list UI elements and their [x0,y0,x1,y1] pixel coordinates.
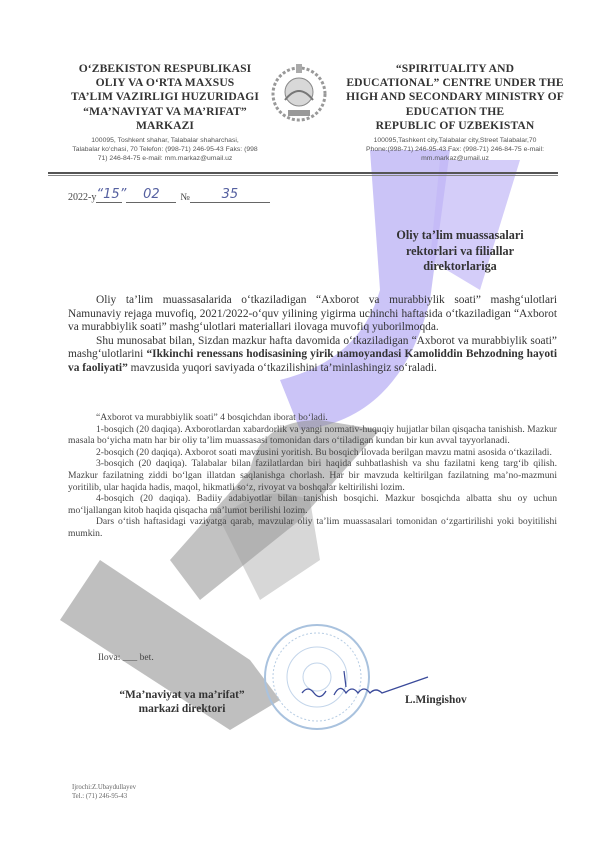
address-uz-line-1: 100095, Toshkent shahar, Talabalar shaha… [40,136,290,145]
recipient-line-1: Oliy ta’lim muassasalari [360,228,560,244]
org-name-uz-line-3: TA’LIM VAZIRLIGI HUZURIDAGI [40,90,290,104]
signer-name: L.Mingishov [405,694,467,706]
signatory-title-line-1: “Ma’naviyat va ma’rifat” [92,688,272,702]
signatory-title-line-2: markazi direktori [92,702,272,716]
address-en: 100095,Tashkent city,Talabalar city,Stre… [330,136,580,163]
org-name-en-line-3: HIGH AND SECONDARY MINISTRY OF [330,90,580,104]
org-name-uz-line-2: OLIY VA O‘RTA MAXSUS [40,76,290,90]
address-uz-line-2: Talabalar ko‘chasi, 70 Telefon: (998-71)… [40,145,290,154]
address-en-line-2: Phone:(998-71) 246-95-43 Fax: (998-71) 2… [330,145,580,154]
date-and-number-line: 2022-y “15” 02 № 35 [68,187,270,203]
org-name-en-line-5: REPUBLIC OF UZBEKISTAN [330,119,580,133]
paragraph-2-tail: mavzusida yuqori saviyada o‘tkazilishini… [128,362,437,374]
executor-phone: Tel.: (71) 246-95-43 [72,792,136,801]
year-prefix: 2022-y [68,192,96,203]
attachment-label: Ilova: [98,652,120,663]
document-number: 35 [190,187,270,203]
header-divider-thick [48,172,558,174]
org-name-en-line-1: “SPIRITUALITY AND [330,62,580,76]
state-emblem-icon [270,60,328,124]
address-en-line-1: 100095,Tashkent city,Talabalar city,Stre… [330,136,580,145]
executor-name: Ijrochi:Z.Ubaydullayev [72,783,136,792]
letterhead-uzbek: O‘ZBEKISTON RESPUBLIKASI OLIY VA O‘RTA M… [40,62,290,163]
stage-4: 4-bosqich (20 daqiqa). Badiiy adabiyotla… [68,493,557,516]
address-uz-line-3: 71) 246-84-75 e-mail: mm.markaz@umail.uz [40,154,290,163]
org-name-en-line-2: EDUCATIONAL” CENTRE UNDER THE [330,76,580,90]
attachment-pages-blank: ___ [123,652,137,663]
attachment-note: Ilova: ___ bet. [98,652,154,663]
body-paragraph-2: Shu munosabat bilan, Sizdan mazkur hafta… [68,335,557,376]
org-name-uz-line-4: “MA’NAVIYAT VA MA’RIFAT” [40,105,290,119]
recipient-line-2: rektorlari va filiallar [360,244,560,260]
number-label: № [180,192,190,203]
signatory-title: “Ma’naviyat va ma’rifat” markazi direkto… [92,688,272,716]
body-paragraph-1: Oliy ta’lim muassasalarida o‘tkaziladiga… [68,294,557,335]
stage-3: 3-bosqich (20 daqiqa). Talabalar bilan f… [68,458,557,493]
month-value: 02 [126,187,176,203]
recipient-line-3: direktorlariga [360,259,560,275]
letter-body: Oliy ta’lim muassasalarida o‘tkaziladiga… [68,294,557,376]
header-divider-thin [48,175,558,176]
executor-info: Ijrochi:Z.Ubaydullayev Tel.: (71) 246-95… [72,783,136,801]
address-uz: 100095, Toshkent shahar, Talabalar shaha… [40,136,290,163]
address-en-line-3: mm.markaz@umail.uz [330,154,580,163]
org-name-uz-line-5: MARKAZI [40,119,290,133]
org-name-uz-line-1: O‘ZBEKISTON RESPUBLIKASI [40,62,290,76]
modification-note: Dars o‘tish haftasidagi vaziyatga qarab,… [68,516,557,539]
stage-2: 2-bosqich (20 daqiqa). Axborot soati mav… [68,447,557,459]
recipient-block: Oliy ta’lim muassasalari rektorlari va f… [360,228,560,275]
attachment-unit: bet. [140,652,154,663]
stage-1: 1-bosqich (20 daqiqa). Axborotlardan xab… [68,424,557,447]
stages-intro: “Axborot va murabbiylik soati” 4 bosqich… [68,412,557,424]
org-name-en-line-4: EDUCATION THE [330,105,580,119]
letterhead-english: “SPIRITUALITY AND EDUCATIONAL” CENTRE UN… [330,62,580,163]
day-value: “15” [96,187,122,203]
official-letter-page: O‘ZBEKISTON RESPUBLIKASI OLIY VA O‘RTA M… [0,0,596,842]
stages-description: “Axborot va murabbiylik soati” 4 bosqich… [68,412,557,540]
